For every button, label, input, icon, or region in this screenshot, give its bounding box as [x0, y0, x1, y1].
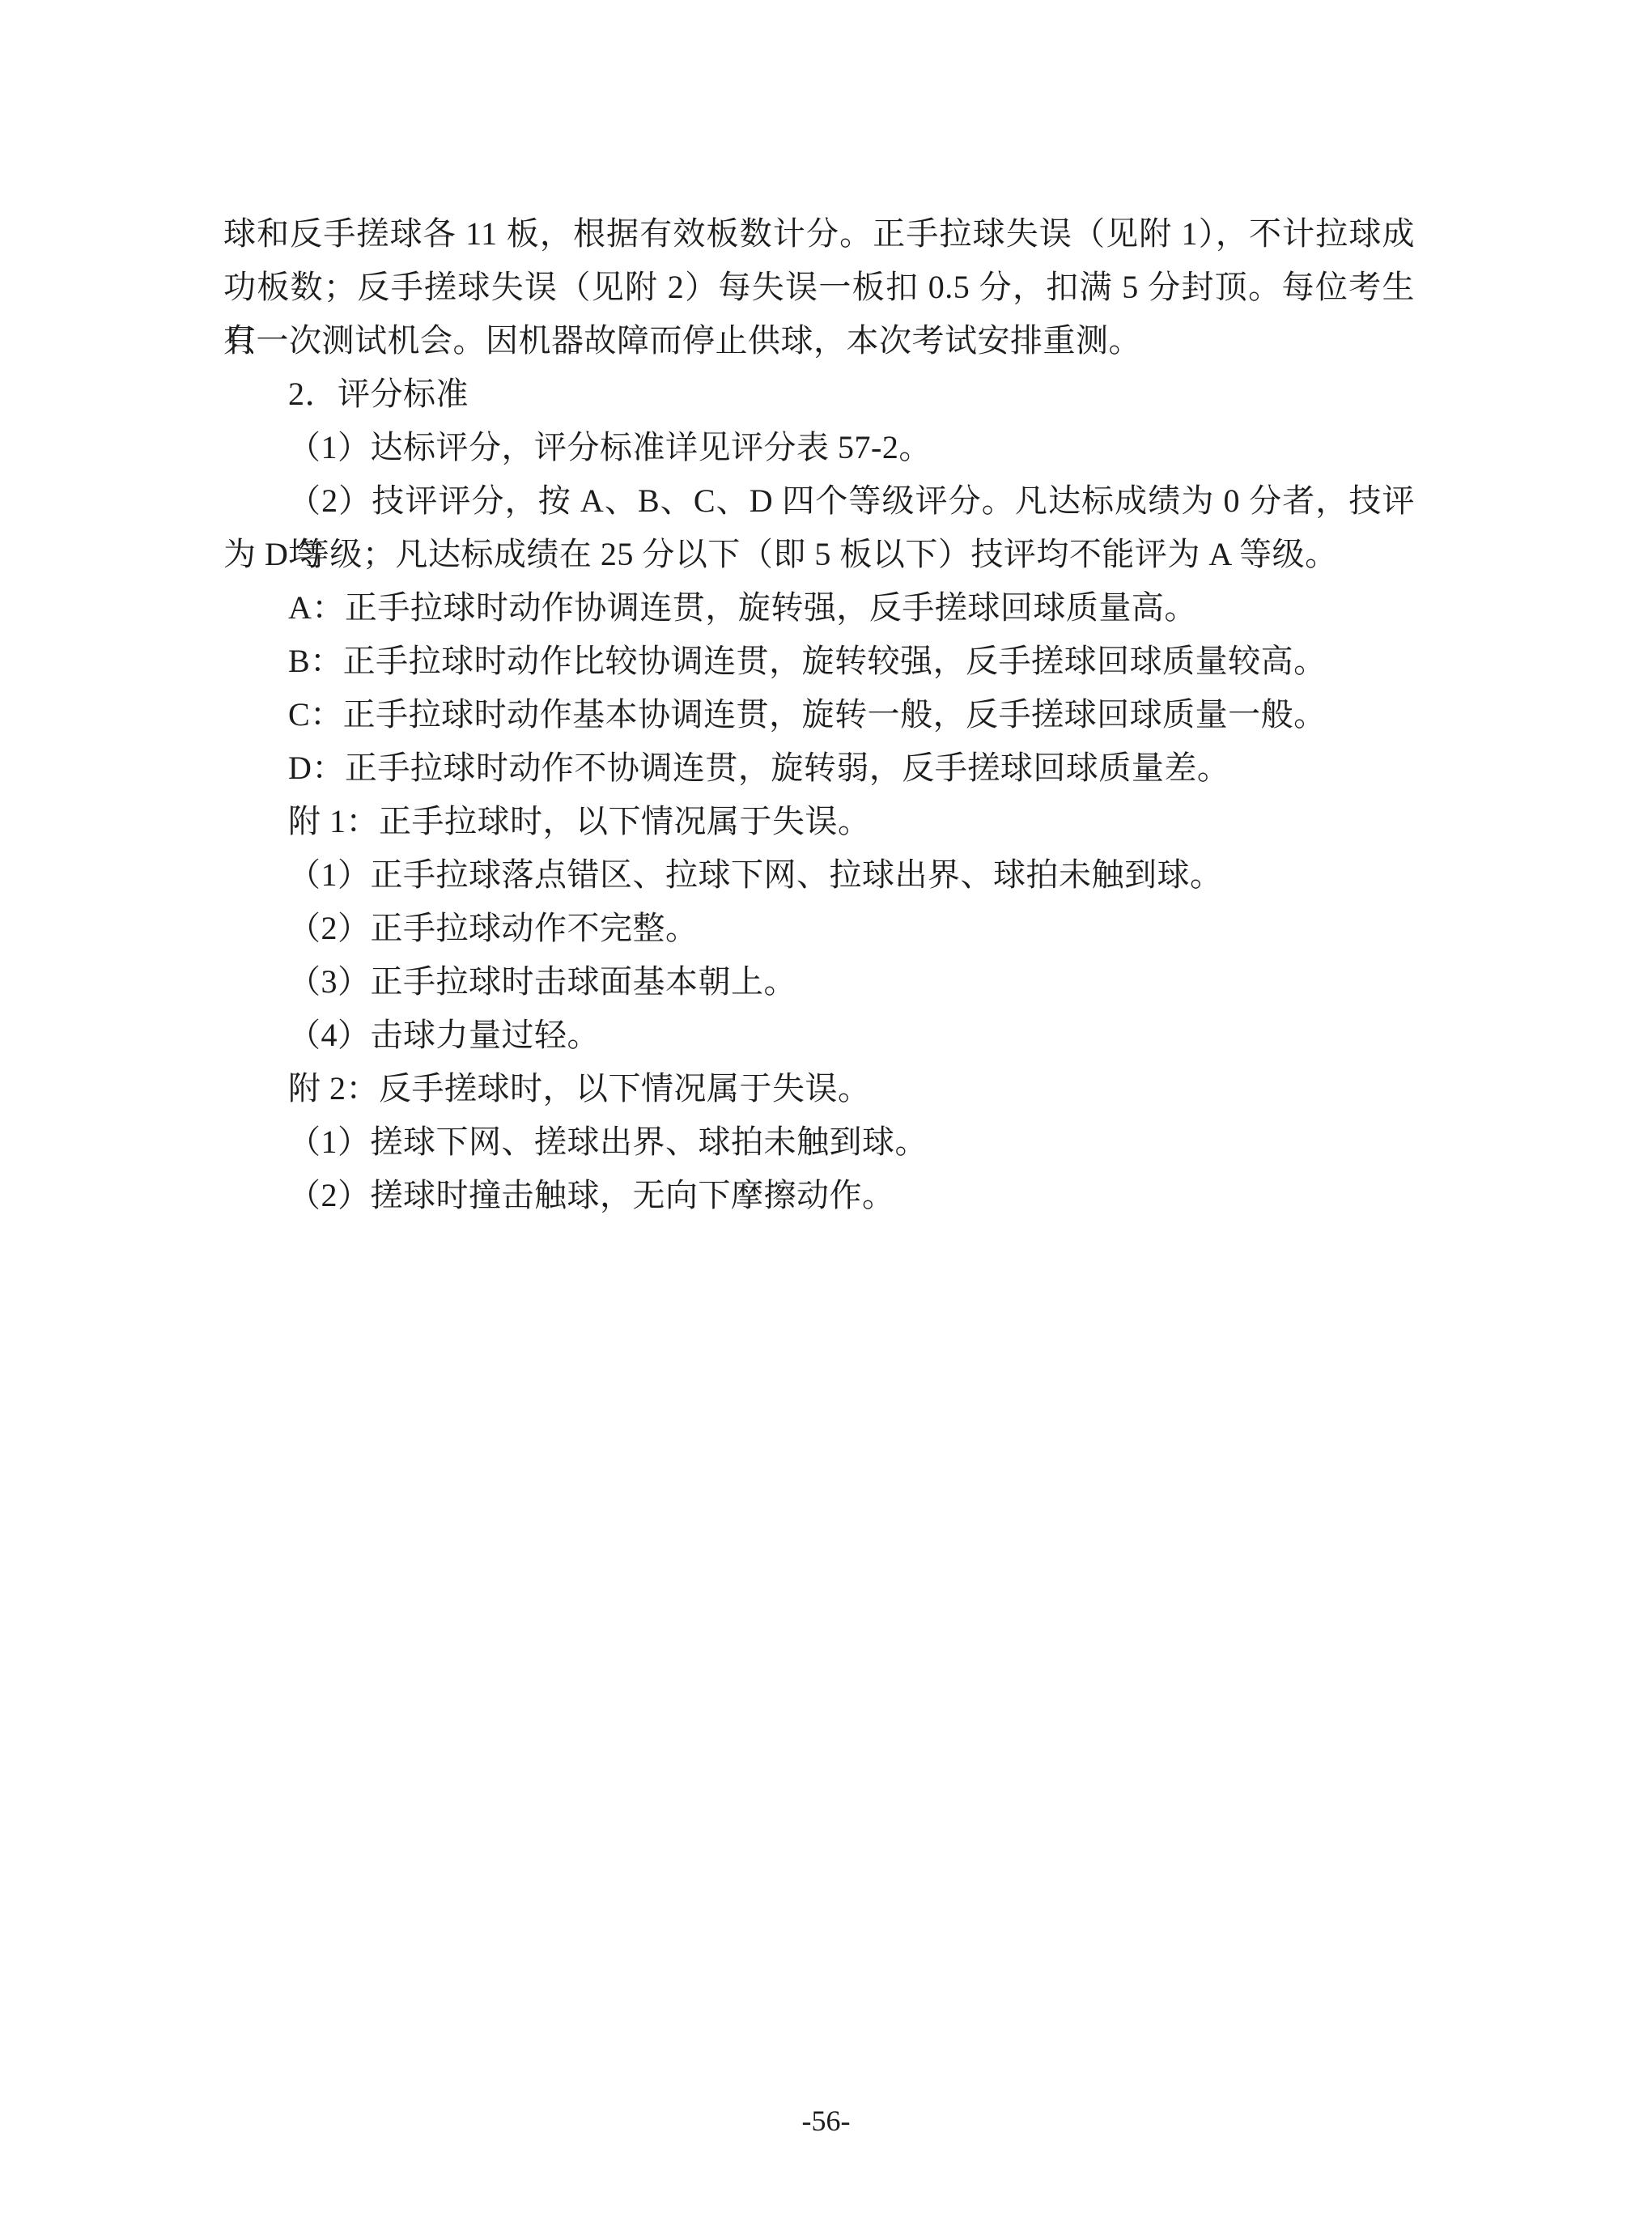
text-line: （3）正手拉球时击球面基本朝上。 — [223, 955, 1415, 1009]
grade-c-line: C：正手拉球时动作基本协调连贯，旋转一般，反手搓球回球质量一般。 — [223, 688, 1415, 741]
text-line: 为 D 等级；凡达标成绩在 25 分以下（即 5 板以下）技评均不能评为 A 等… — [223, 528, 1415, 581]
text-line: 有一次测试机会。因机器故障而停止供球，本次考试安排重测。 — [223, 314, 1415, 367]
document-page: 球和反手搓球各 11 板，根据有效板数计分。正手拉球失误（见附 1），不计拉球成… — [0, 0, 1652, 2226]
grade-a-line: A：正手拉球时动作协调连贯，旋转强，反手搓球回球质量高。 — [223, 581, 1415, 635]
grade-b-line: B：正手拉球时动作比较协调连贯，旋转较强，反手搓球回球质量较高。 — [223, 635, 1415, 688]
text-line: （2）搓球时撞击触球，无向下摩擦动作。 — [223, 1169, 1415, 1222]
text-line: 球和反手搓球各 11 板，根据有效板数计分。正手拉球失误（见附 1），不计拉球成 — [223, 207, 1415, 261]
text-line: 功板数；反手搓球失误（见附 2）每失误一板扣 0.5 分，扣满 5 分封顶。每位… — [223, 261, 1415, 314]
text-line: （1）达标评分，评分标准详见评分表 57-2。 — [223, 421, 1415, 474]
text-line: （2）技评评分，按 A、B、C、D 四个等级评分。凡达标成绩为 0 分者，技评均 — [223, 474, 1415, 528]
page-number: -56- — [0, 2103, 1652, 2139]
text-line: （4）击球力量过轻。 — [223, 1009, 1415, 1062]
appendix-1-heading: 附 1：正手拉球时，以下情况属于失误。 — [223, 795, 1415, 848]
grade-d-line: D：正手拉球时动作不协调连贯，旋转弱，反手搓球回球质量差。 — [223, 741, 1415, 795]
text-line: （1）正手拉球落点错区、拉球下网、拉球出界、球拍未触到球。 — [223, 848, 1415, 902]
section-heading: 2．评分标准 — [223, 367, 1415, 421]
text-line: （1）搓球下网、搓球出界、球拍未触到球。 — [223, 1115, 1415, 1169]
document-body: 球和反手搓球各 11 板，根据有效板数计分。正手拉球失误（见附 1），不计拉球成… — [223, 207, 1415, 1222]
text-line: （2）正手拉球动作不完整。 — [223, 902, 1415, 955]
appendix-2-heading: 附 2：反手搓球时，以下情况属于失误。 — [223, 1062, 1415, 1115]
